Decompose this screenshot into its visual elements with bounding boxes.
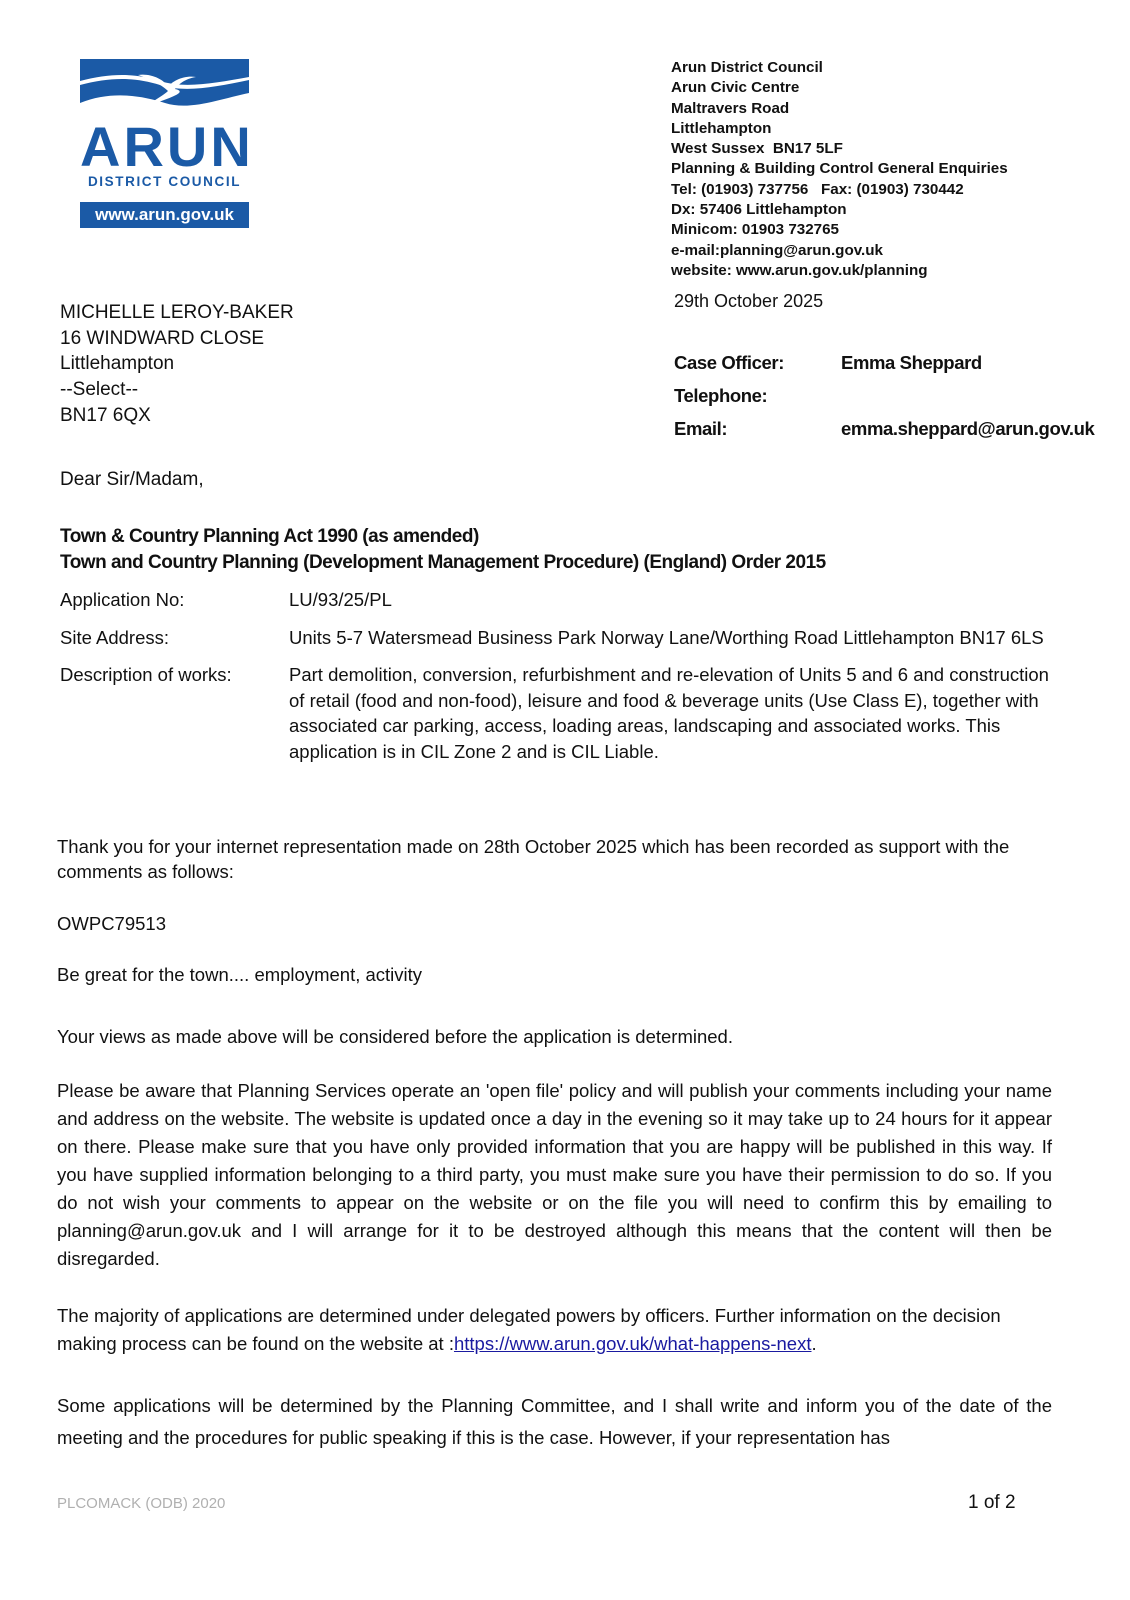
views-paragraph: Your views as made above will be conside… [57, 1024, 1052, 1049]
footer-document-code: PLCOMACK (ODB) 2020 [57, 1495, 225, 1512]
site-address-row: Site Address: Units 5-7 Watersmead Busin… [60, 625, 1049, 651]
heading-act: Town & Country Planning Act 1990 (as ame… [60, 524, 826, 550]
council-logo: ARUN DISTRICT COUNCIL www.arun.gov.uk [80, 59, 249, 229]
bird-over-waves-icon [80, 59, 249, 111]
recipient-street: 16 WINDWARD CLOSE [60, 326, 294, 352]
telephone-label: Telephone: [674, 385, 767, 407]
council-address-line: Arun Civic Centre [671, 78, 1008, 98]
recipient-name: MICHELLE LEROY-BAKER [60, 300, 294, 326]
recipient-address: MICHELLE LEROY-BAKER 16 WINDWARD CLOSE L… [60, 300, 294, 429]
legislation-heading: Town & Country Planning Act 1990 (as ame… [60, 524, 826, 575]
case-officer-name: Emma Sheppard [841, 352, 982, 374]
council-minicom: Minicom: 01903 732765 [671, 220, 1008, 240]
letter-date: 29th October 2025 [674, 291, 823, 312]
application-no-value: LU/93/25/PL [289, 587, 1049, 613]
salutation: Dear Sir/Madam, [60, 469, 204, 491]
council-address-line: West Sussex BN17 5LF [671, 139, 1008, 159]
council-address-line: Planning & Building Control General Enqu… [671, 159, 1008, 179]
description-value: Part demolition, conversion, refurbishme… [289, 662, 1049, 764]
application-details: Application No: LU/93/25/PL Site Address… [60, 587, 1049, 764]
email-label: Email: [674, 418, 727, 440]
logo-wordmark: ARUN [80, 117, 249, 177]
committee-paragraph: Some applications will be determined by … [57, 1390, 1052, 1454]
application-no-row: Application No: LU/93/25/PL [60, 587, 1049, 613]
council-email: e-mail:planning@arun.gov.uk [671, 241, 1008, 261]
officer-email: emma.sheppard@arun.gov.uk [841, 418, 1094, 440]
logo-subtitle: DISTRICT COUNCIL [80, 174, 249, 189]
recipient-county: --Select-- [60, 377, 294, 403]
description-label: Description of works: [60, 662, 232, 688]
page-number: 1 of 2 [968, 1492, 1016, 1514]
council-address-line: Arun District Council [671, 58, 1008, 78]
logo-url: www.arun.gov.uk [80, 202, 249, 228]
council-address-line: Littlehampton [671, 119, 1008, 139]
thanks-paragraph: Thank you for your internet representati… [57, 834, 1052, 884]
council-address-line: Maltravers Road [671, 99, 1008, 119]
majority-paragraph: The majority of applications are determi… [57, 1302, 1052, 1358]
description-row: Description of works: Part demolition, c… [60, 662, 1049, 764]
council-dx: Dx: 57406 Littlehampton [671, 200, 1008, 220]
representation-reference: OWPC79513 [57, 911, 1052, 936]
council-website: website: www.arun.gov.uk/planning [671, 261, 1008, 281]
council-address: Arun District Council Arun Civic Centre … [671, 58, 1008, 281]
site-address-label: Site Address: [60, 625, 169, 651]
heading-order: Town and Country Planning (Development M… [60, 550, 826, 576]
site-address-value: Units 5-7 Watersmead Business Park Norwa… [289, 625, 1049, 651]
open-file-paragraph: Please be aware that Planning Services o… [57, 1077, 1052, 1273]
case-officer-label: Case Officer: [674, 352, 784, 374]
majority-suffix: . [812, 1333, 817, 1354]
application-no-label: Application No: [60, 587, 184, 613]
what-happens-next-link[interactable]: https://www.arun.gov.uk/what-happens-nex… [454, 1333, 812, 1354]
recipient-town: Littlehampton [60, 351, 294, 377]
council-telephone: Tel: (01903) 737756 Fax: (01903) 730442 [671, 180, 1008, 200]
recipient-postcode: BN17 6QX [60, 403, 294, 429]
representation-comment: Be great for the town.... employment, ac… [57, 962, 1052, 987]
